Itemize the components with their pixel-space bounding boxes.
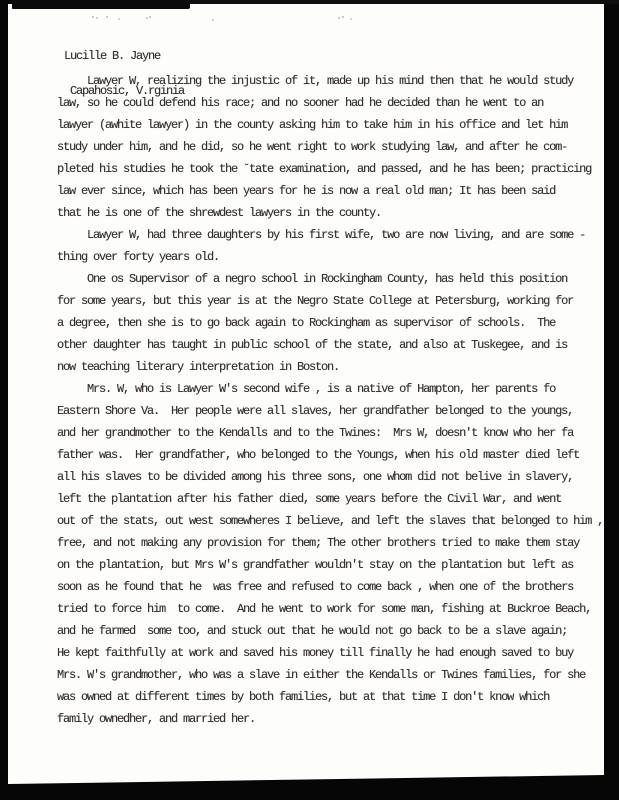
text-line: a degree, then she is to go back again t… [57, 312, 603, 334]
text-line: pleted his studies he took the ˘tate exa… [57, 158, 603, 180]
text-line: and her grandmother to the Kendalls and … [57, 422, 603, 444]
text-line: father was. Her grandfather, who belonge… [57, 444, 603, 466]
text-line: soon as he found that he was free and re… [57, 576, 603, 598]
text-line: One os Supervisor of a negro school in R… [57, 268, 603, 290]
pencil-smudge [92, 16, 94, 18]
text-line: other daughter has taught in public scho… [57, 334, 603, 356]
text-line: Lawyer W, had three daughters by his fir… [57, 224, 603, 246]
text-line: law ever since, which has been years for… [57, 180, 603, 202]
text-line: on the plantation, but Mrs W's grandfath… [57, 554, 603, 576]
text-line: for some years, but this year is at the … [57, 290, 603, 312]
text-line: family ownedher, and married her. [57, 708, 603, 730]
text-line: Mrs. W, who is Lawyer W's second wife , … [57, 378, 603, 400]
text-line: and he farmed some too, and stuck out th… [57, 620, 603, 642]
text-line: Eastern Shore Va. Her people were all sl… [57, 400, 603, 422]
author-name: Lucille B. Jayne [64, 51, 184, 63]
text-line: thing over forty years old. [57, 246, 603, 268]
text-line: tried to force him to come. And he went … [57, 598, 603, 620]
scan-artifact-top-edge [185, 0, 619, 4]
text-line: all his slaves to be divided among his t… [57, 466, 603, 488]
text-line: free, and not making any provision for t… [57, 532, 603, 554]
scanned-document: { "document": { "type": "typewritten man… [0, 0, 619, 800]
text-line: He kept faithfully at work and saved his… [57, 642, 603, 664]
text-line: Mrs. W's grandmother, who was a slave in… [57, 664, 603, 686]
text-line: that he is one of the shrewdest lawyers … [57, 202, 603, 224]
text-line: Lawyer W, realizing the injustic of it, … [57, 70, 603, 92]
text-line: study under him, and he did, so he went … [57, 136, 603, 158]
text-line: lawyer (awhite lawyer) in the county ask… [57, 114, 603, 136]
text-line: was owned at different times by both fam… [57, 686, 603, 708]
text-line: law, so he could defend his race; and no… [57, 92, 603, 114]
document-body: Lawyer W, realizing the injustic of it, … [57, 70, 603, 730]
scan-artifact-top-bar [12, 0, 190, 9]
text-line: out of the stats, out west somewheres I … [57, 510, 603, 532]
text-line: now teaching literary interpretation in … [57, 356, 603, 378]
text-line: left the plantation after his father die… [57, 488, 603, 510]
